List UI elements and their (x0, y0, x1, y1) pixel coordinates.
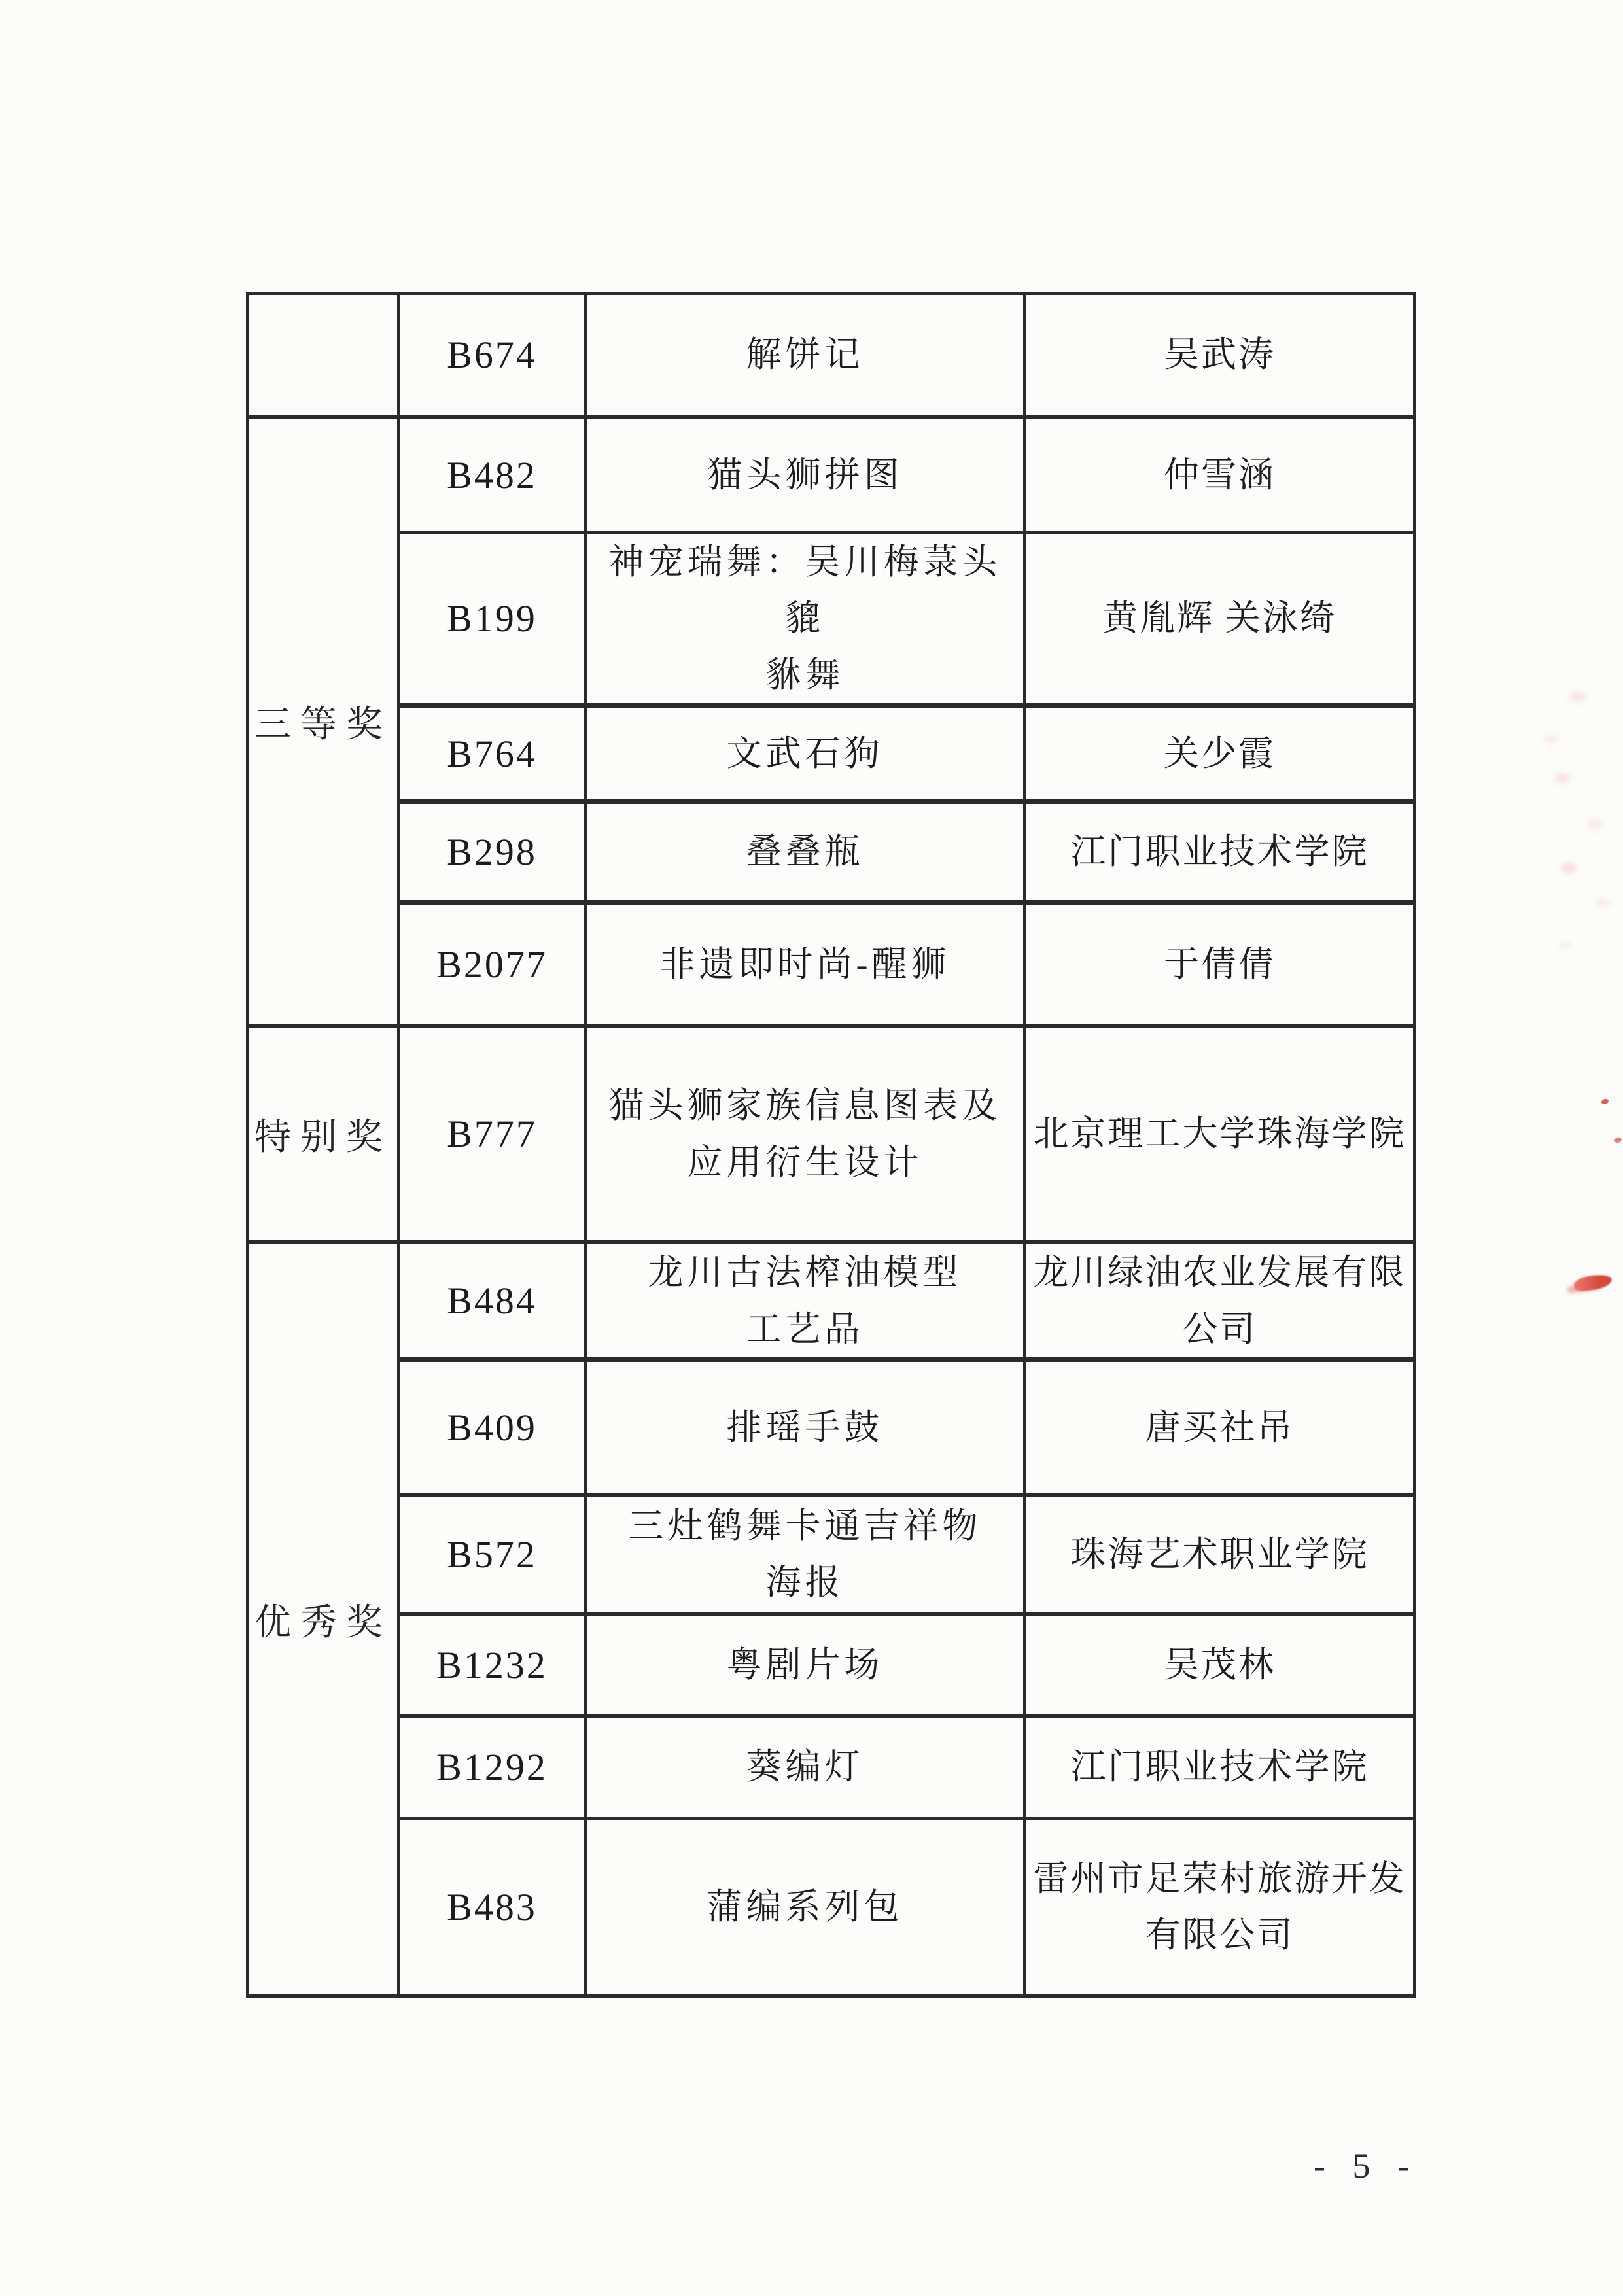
author-cell: 江门职业技术学院 (1025, 1716, 1415, 1818)
author-cell: 于倩倩 (1025, 903, 1415, 1026)
title-cell: 叠叠瓶 (585, 802, 1025, 903)
author-cell: 关少霞 (1025, 706, 1415, 802)
author-cell: 仲雪涵 (1025, 417, 1415, 532)
document-page: B674 解饼记 吴武涛 三等奖 B482 猫头狮拼图 仲雪涵 B199 神宠瑞… (0, 0, 1623, 2296)
code-cell: B2077 (399, 903, 585, 1026)
table-row: B483 蒲编系列包 雷州市足荣村旅游开发 有限公司 (248, 1818, 1415, 1996)
author-cell: 唐买社吊 (1025, 1359, 1415, 1495)
title-cell: 粤剧片场 (585, 1614, 1025, 1716)
title-cell: 蒲编系列包 (585, 1818, 1025, 1996)
author-cell: 雷州市足荣村旅游开发 有限公司 (1025, 1818, 1415, 1996)
code-cell: B199 (399, 532, 585, 706)
code-cell: B1232 (399, 1614, 585, 1716)
award-cell (248, 294, 399, 417)
author-cell: 吴茂林 (1025, 1614, 1415, 1716)
title-cell: 葵编灯 (585, 1716, 1025, 1818)
code-cell: B1292 (399, 1716, 585, 1818)
table-row: B572 三灶鹤舞卡通吉祥物 海报 珠海艺术职业学院 (248, 1495, 1415, 1614)
author-cell: 吴武涛 (1025, 294, 1415, 417)
table-row: B199 神宠瑞舞：吴川梅菉头貔 貅舞 黄胤辉 关泳绮 (248, 532, 1415, 706)
title-cell: 三灶鹤舞卡通吉祥物 海报 (585, 1495, 1025, 1614)
code-cell: B764 (399, 706, 585, 802)
code-cell: B483 (399, 1818, 585, 1996)
table-row: 特别奖 B777 猫头狮家族信息图表及 应用衍生设计 北京理工大学珠海学院 (248, 1026, 1415, 1242)
code-cell: B409 (399, 1359, 585, 1495)
table-row: B674 解饼记 吴武涛 (248, 294, 1415, 417)
author-cell: 龙川绿油农业发展有限 公司 (1025, 1242, 1415, 1360)
table-row: B1232 粤剧片场 吴茂林 (248, 1614, 1415, 1716)
author-cell: 珠海艺术职业学院 (1025, 1495, 1415, 1614)
code-cell: B298 (399, 802, 585, 903)
code-cell: B572 (399, 1495, 585, 1614)
title-cell: 龙川古法榨油模型 工艺品 (585, 1242, 1025, 1360)
author-cell: 江门职业技术学院 (1025, 802, 1415, 903)
table-row: B409 排瑶手鼓 唐买社吊 (248, 1359, 1415, 1495)
award-cell-special-prize: 特别奖 (248, 1026, 399, 1242)
title-cell: 猫头狮拼图 (585, 417, 1025, 532)
table-row: B2077 非遗即时尚-醒狮 于倩倩 (248, 903, 1415, 1026)
page-number: - 5 - (1314, 2146, 1418, 2186)
title-cell: 文武石狗 (585, 706, 1025, 802)
title-cell: 猫头狮家族信息图表及 应用衍生设计 (585, 1026, 1025, 1242)
table-row: 三等奖 B482 猫头狮拼图 仲雪涵 (248, 417, 1415, 532)
title-cell: 神宠瑞舞：吴川梅菉头貔 貅舞 (585, 532, 1025, 706)
table-row: B1292 葵编灯 江门职业技术学院 (248, 1716, 1415, 1818)
red-ink-mark (1573, 1273, 1613, 1293)
code-cell: B777 (399, 1026, 585, 1242)
awards-table: B674 解饼记 吴武涛 三等奖 B482 猫头狮拼图 仲雪涵 B199 神宠瑞… (246, 292, 1416, 1998)
table-row: 优秀奖 B484 龙川古法榨油模型 工艺品 龙川绿油农业发展有限 公司 (248, 1242, 1415, 1360)
title-cell: 排瑶手鼓 (585, 1359, 1025, 1495)
title-cell: 非遗即时尚-醒狮 (585, 903, 1025, 1026)
red-ink-dots (1601, 1098, 1609, 1105)
faint-ink-smudges (1531, 680, 1544, 687)
author-cell: 黄胤辉 关泳绮 (1025, 532, 1415, 706)
table-row: B764 文武石狗 关少霞 (248, 706, 1415, 802)
code-cell: B674 (399, 294, 585, 417)
table-row: B298 叠叠瓶 江门职业技术学院 (248, 802, 1415, 903)
award-cell-third-prize: 三等奖 (248, 417, 399, 1026)
title-cell: 解饼记 (585, 294, 1025, 417)
award-cell-excellence-prize: 优秀奖 (248, 1242, 399, 1996)
code-cell: B482 (399, 417, 585, 532)
author-cell: 北京理工大学珠海学院 (1025, 1026, 1415, 1242)
code-cell: B484 (399, 1242, 585, 1360)
